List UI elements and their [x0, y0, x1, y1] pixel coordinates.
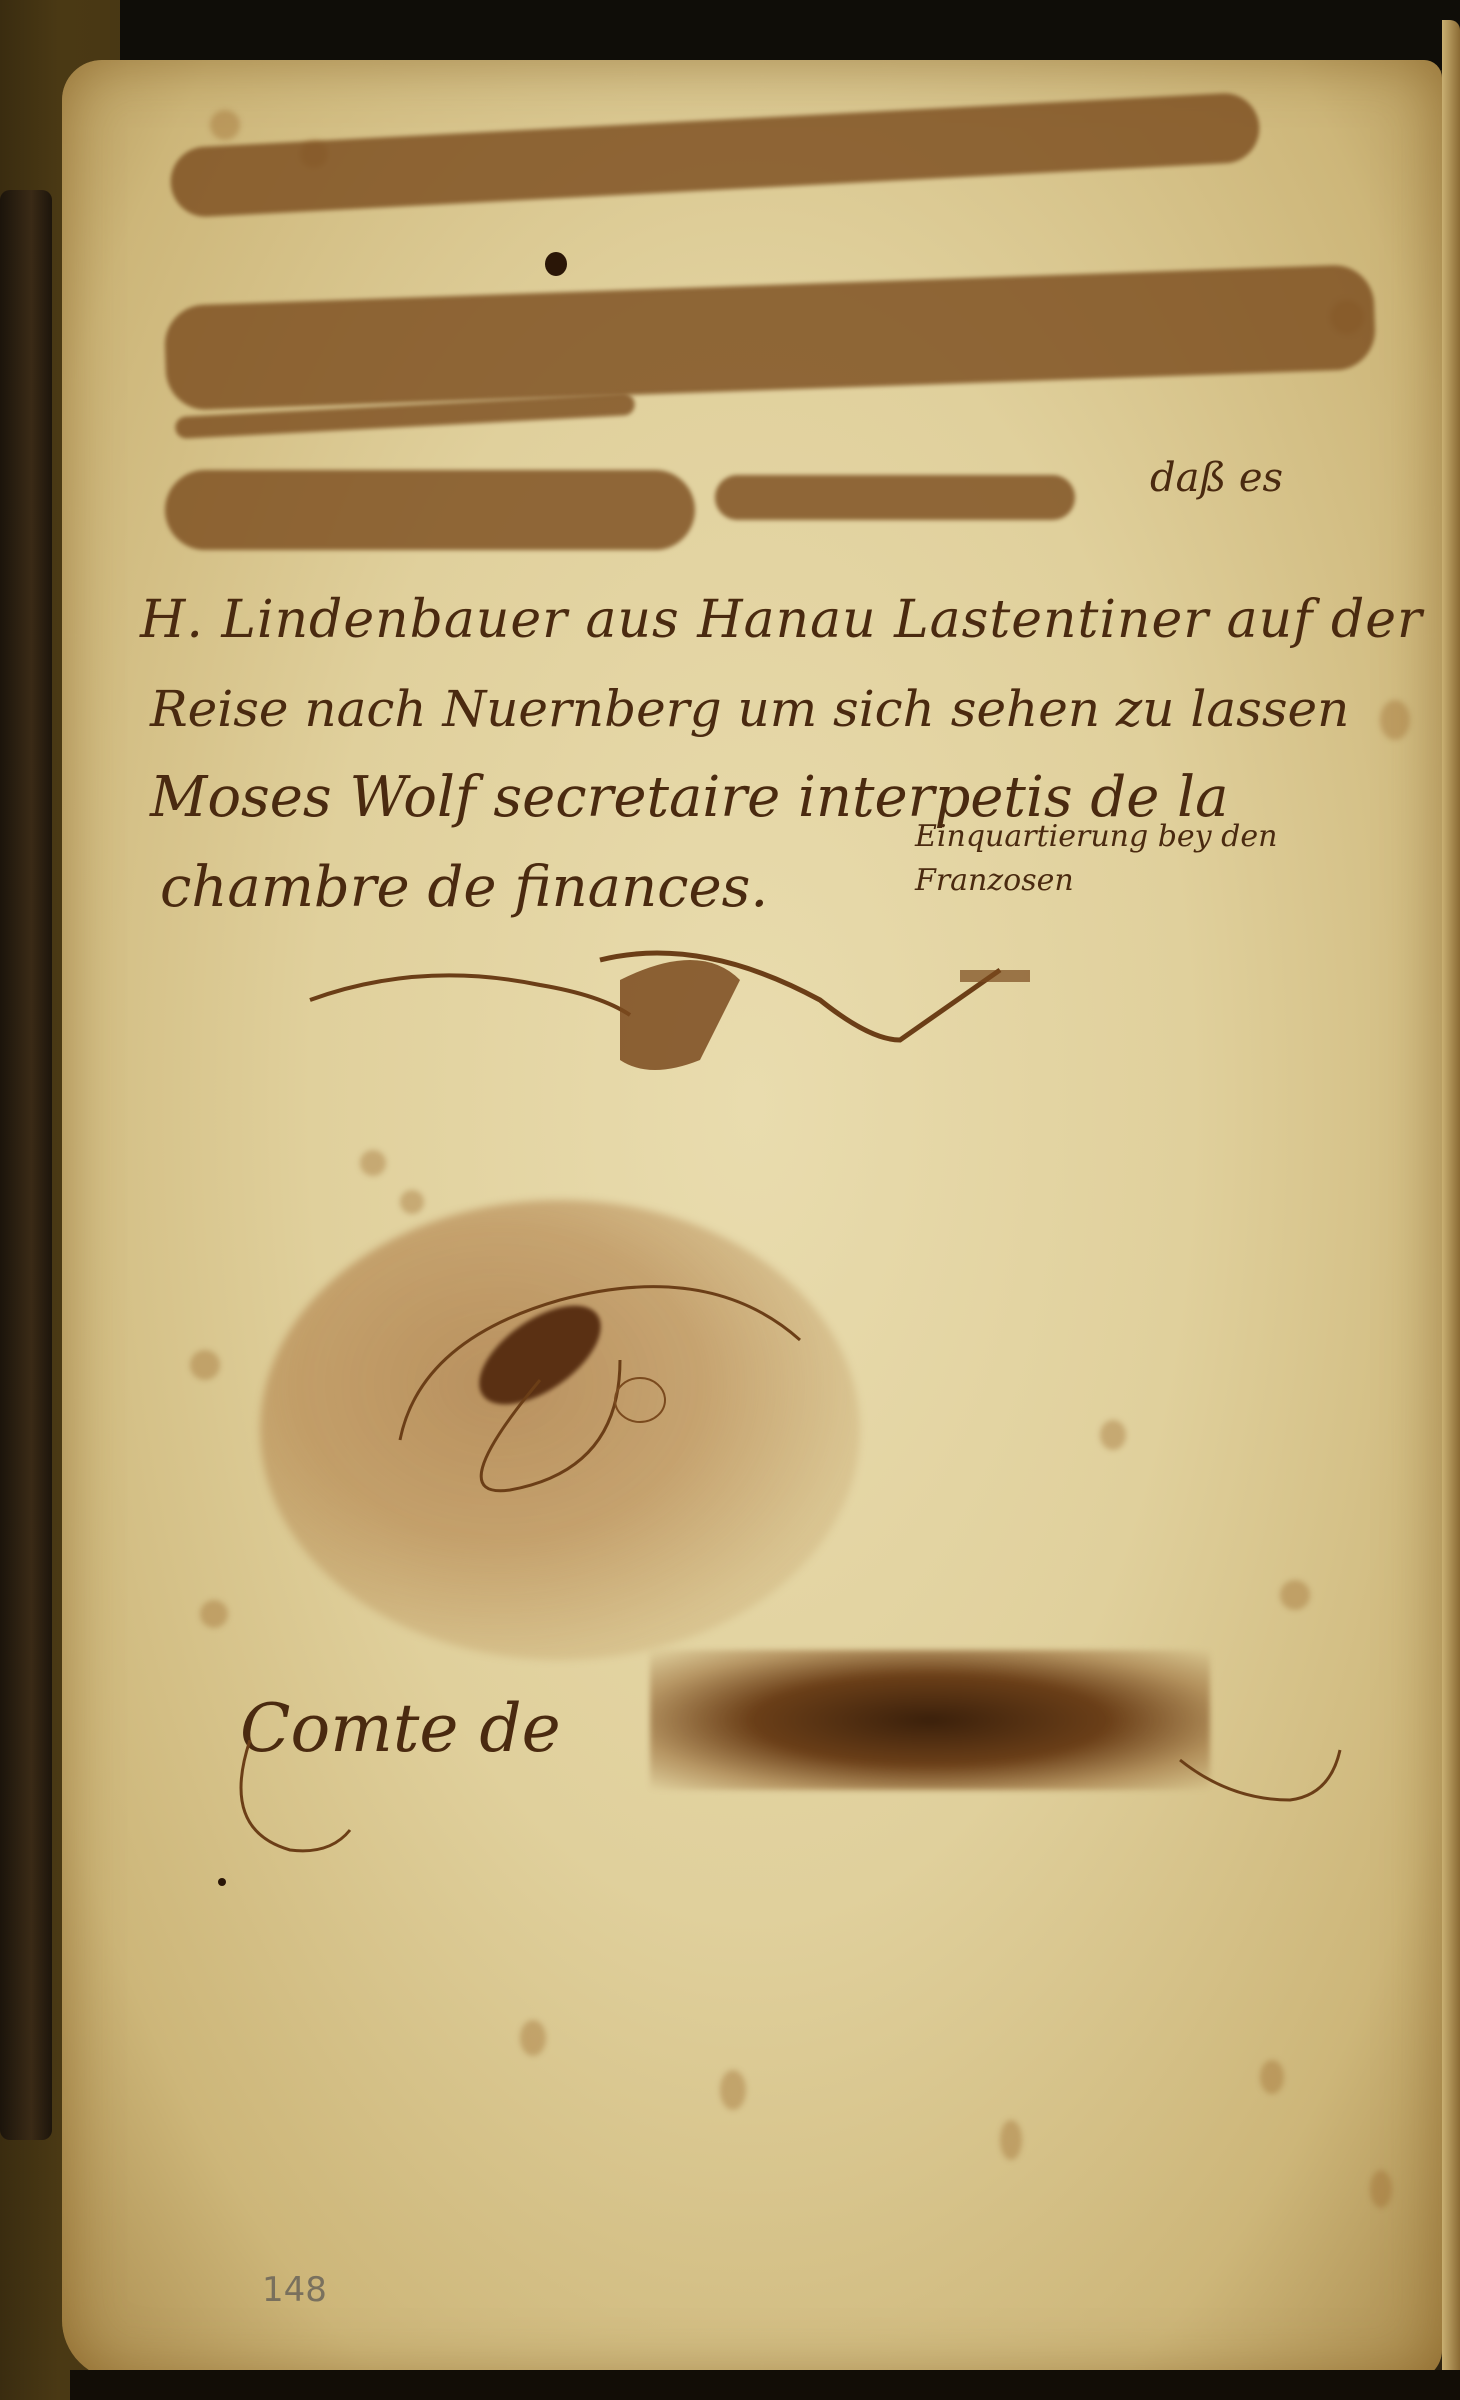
marginal-note-line-1: Einquartierung bey den — [915, 815, 1277, 859]
foxing-spot — [1280, 1580, 1310, 1610]
adjacent-page-edge — [1442, 20, 1460, 2380]
foxing-spot — [1370, 2170, 1392, 2208]
book-binding — [0, 190, 52, 2140]
struck-out-line-4b — [715, 475, 1075, 520]
foxing-spot — [720, 2070, 746, 2110]
ink-dot — [218, 1878, 226, 1886]
foxing-spot — [200, 1600, 228, 1628]
foxing-spot — [1100, 1420, 1126, 1450]
foxing-spot — [400, 1190, 424, 1214]
struck-out-line-4a — [165, 470, 695, 550]
foxing-spot — [520, 2020, 546, 2056]
foxing-spot — [360, 1150, 386, 1176]
marginal-note-line-2: Franzosen — [915, 859, 1277, 903]
manuscript-page — [62, 60, 1442, 2380]
pen-flourish — [300, 940, 1150, 1100]
folio-number: 148 — [262, 2270, 327, 2310]
background-bottom — [70, 2370, 1460, 2400]
signature-flourish — [230, 1740, 1360, 1860]
marginal-note: Einquartierung bey den Franzosen — [915, 815, 1277, 903]
entry-line-1: H. Lindenbauer aus Hanau Lastentiner auf… — [140, 590, 1423, 650]
struck-out-fragment: daß es — [1150, 455, 1283, 501]
ink-dot — [545, 252, 567, 276]
foxing-spot — [190, 1350, 220, 1380]
foxing-spot — [1260, 2060, 1284, 2094]
entry-line-2: Reise nach Nuernberg um sich sehen zu la… — [150, 680, 1349, 738]
blot-scribble — [380, 1240, 860, 1540]
foxing-spot — [1380, 700, 1410, 740]
entry-line-4: chambre de finances. — [160, 855, 768, 920]
foxing-spot — [1000, 2120, 1022, 2160]
foxing-spot — [210, 110, 240, 140]
